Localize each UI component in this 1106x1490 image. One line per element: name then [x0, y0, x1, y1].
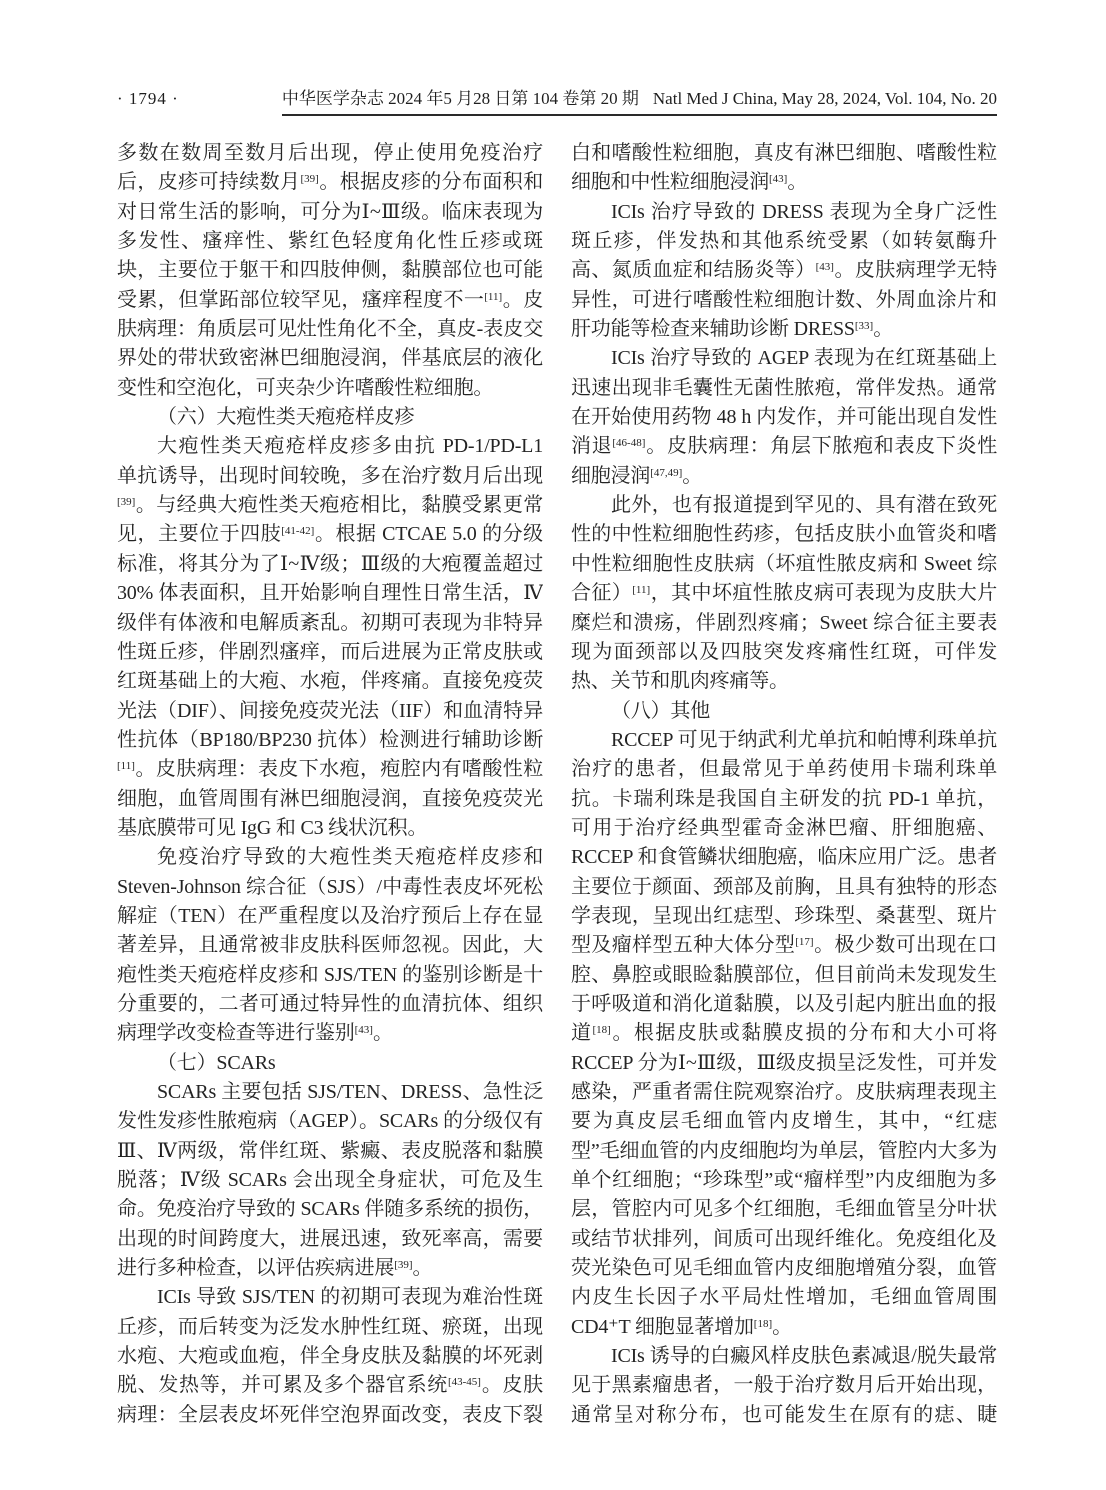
- reference-superscript: [17]: [795, 936, 813, 948]
- reference-superscript: [18]: [592, 1024, 610, 1036]
- body-paragraph: ICIs 治疗导致的 AGEP 表现为在红斑基础上迅速出现非毛囊性无菌性脓疱，常…: [571, 344, 997, 491]
- journal-page: · 1794 · 中华医学杂志 2024 年5 月28 日第 104 卷第 20…: [0, 0, 1106, 1490]
- journal-title-cn: 中华医学杂志 2024 年5 月28 日第 104 卷第 20 期: [282, 89, 639, 108]
- article-body: 多数在数周至数月后出现，停止使用免疫治疗后，皮疹可持续数月[39]。根据皮疹的分…: [117, 139, 997, 1432]
- reference-superscript: [43-45]: [448, 1376, 481, 1388]
- body-paragraph: 白和嗜酸性粒细胞，真皮有淋巴细胞、嗜酸性粒细胞和中性粒细胞浸润[43]。: [571, 139, 997, 198]
- reference-superscript: [39]: [117, 496, 135, 508]
- reference-superscript: [43]: [355, 1024, 373, 1036]
- section-heading: （七）SCARs: [117, 1049, 543, 1078]
- body-paragraph: 此外，也有报道提到罕见的、具有潜在致死性的中性粒细胞性药疹，包括皮肤小血管炎和嗜…: [571, 491, 997, 696]
- reference-superscript: [18]: [754, 1318, 772, 1330]
- reference-superscript: [41-42]: [281, 525, 314, 537]
- reference-superscript: [11]: [484, 291, 502, 303]
- reference-superscript: [39]: [394, 1259, 412, 1271]
- body-paragraph: RCCEP 可见于纳武利尤单抗和帕博利珠单抗治疗的患者，但最常见于单药使用卡瑞利…: [571, 726, 997, 1342]
- reference-superscript: [47,49]: [650, 467, 682, 479]
- journal-title-line: 中华医学杂志 2024 年5 月28 日第 104 卷第 20 期Natl Me…: [282, 84, 997, 116]
- body-paragraph: ICIs 导致 SJS/TEN 的初期可表现为难治性斑丘疹，而后转变为泛发水肿性…: [117, 1283, 543, 1432]
- section-heading: （六）大疱性类天疱疮样皮疹: [117, 403, 543, 432]
- reference-superscript: [11]: [117, 760, 135, 772]
- reference-superscript: [43]: [769, 173, 787, 185]
- body-paragraph: 大疱性类天疱疮样皮疹多由抗 PD-1/PD-L1 单抗诱导，出现时间较晚，多在治…: [117, 432, 543, 843]
- reference-superscript: [11]: [632, 584, 650, 596]
- journal-title-en: Natl Med J China, May 28, 2024, Vol. 104…: [653, 89, 997, 108]
- reference-superscript: [43]: [816, 261, 834, 273]
- column-left: 多数在数周至数月后出现，停止使用免疫治疗后，皮疹可持续数月[39]。根据皮疹的分…: [117, 139, 543, 1432]
- reference-superscript: [46-48]: [612, 437, 645, 449]
- body-paragraph: 免疫治疗导致的大疱性类天疱疮样皮疹和Steven-Johnson 综合征（SJS…: [117, 843, 543, 1048]
- body-paragraph: SCARs 主要包括 SJS/TEN、DRESS、急性泛发性发疹性脓疱病（AGE…: [117, 1078, 543, 1283]
- page-header: · 1794 · 中华医学杂志 2024 年5 月28 日第 104 卷第 20…: [117, 84, 997, 116]
- reference-superscript: [33]: [855, 320, 873, 332]
- section-heading: （八）其他: [571, 697, 997, 726]
- reference-superscript: [39]: [300, 173, 318, 185]
- body-paragraph: ICIs 诱导的白癜风样皮肤色素减退/脱失最常见于黑素瘤患者，一般于治疗数月后开…: [571, 1342, 997, 1432]
- page-number: · 1794 ·: [117, 89, 179, 116]
- body-paragraph: 多数在数周至数月后出现，停止使用免疫治疗后，皮疹可持续数月[39]。根据皮疹的分…: [117, 139, 543, 403]
- column-right: 白和嗜酸性粒细胞，真皮有淋巴细胞、嗜酸性粒细胞和中性粒细胞浸润[43]。ICIs…: [571, 139, 997, 1432]
- body-paragraph: ICIs 治疗导致的 DRESS 表现为全身广泛性斑丘疹，伴发热和其他系统受累（…: [571, 198, 997, 345]
